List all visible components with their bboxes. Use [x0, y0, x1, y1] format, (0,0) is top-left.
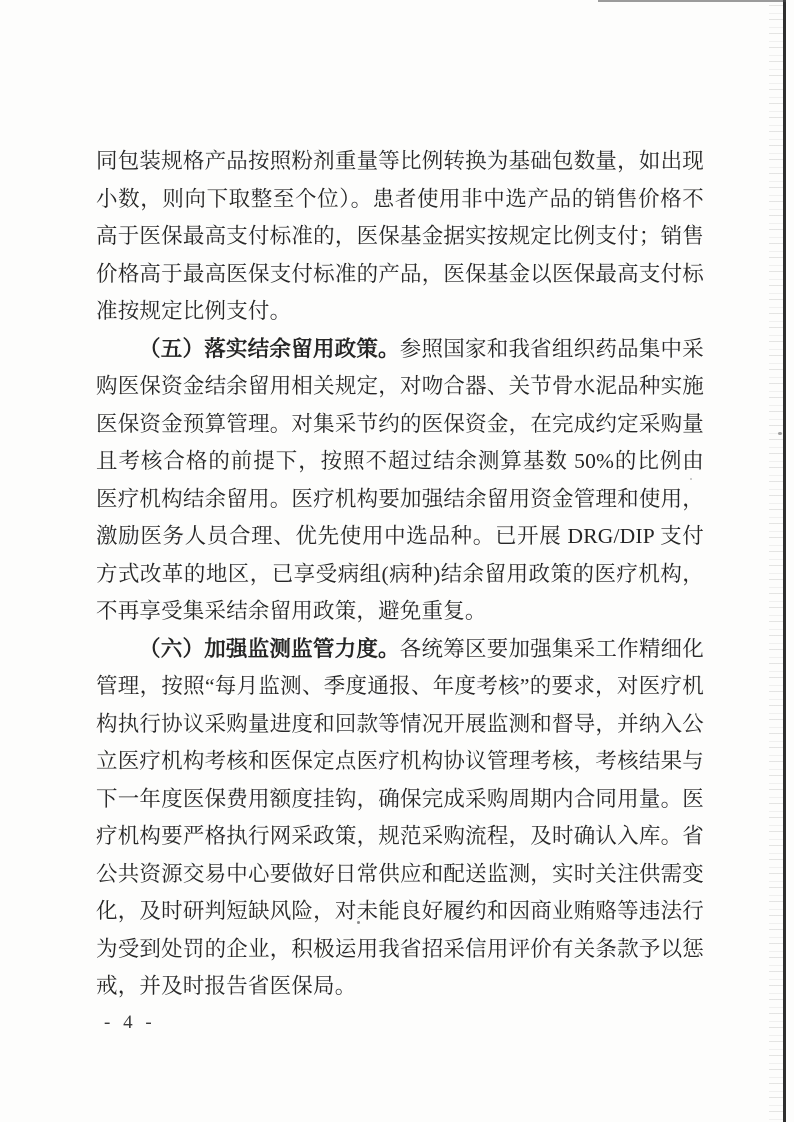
scan-edge-line-top [598, 0, 786, 2]
paragraph-lead: （五）落实结余留用政策。 [139, 337, 400, 361]
document-page: 同包装规格产品按照粉剂重量等比例转换为基础包数量，如出现小数，则向下取整至个位）… [0, 0, 794, 1122]
scan-noise-strip [769, 0, 783, 1122]
paragraph: （五）落实结余留用政策。参照国家和我省组织药品集中采购医保资金结余留用相关规定，… [96, 331, 704, 631]
scan-noise-speck [357, 921, 360, 924]
paragraph: 同包装规格产品按照粉剂重量等比例转换为基础包数量，如出现小数，则向下取整至个位）… [96, 143, 704, 331]
paragraph-lead: （六）加强监测监管力度。 [139, 637, 400, 661]
document-body: 同包装规格产品按照粉剂重量等比例转换为基础包数量，如出现小数，则向下取整至个位）… [96, 143, 704, 1006]
paragraph-text: 同包装规格产品按照粉剂重量等比例转换为基础包数量，如出现小数，则向下取整至个位）… [96, 149, 704, 323]
paragraph-text: 各统筹区要加强集采工作精细化管理，按照“每月监测、季度通报、年度考核”的要求，对… [96, 637, 704, 999]
scan-edge-line-right [783, 0, 786, 1122]
scan-noise-speck [778, 432, 782, 435]
paragraph-text: 参照国家和我省组织药品集中采购医保资金结余留用相关规定，对吻合器、关节骨水泥品种… [96, 337, 704, 624]
scan-noise-speck [690, 478, 692, 480]
paragraph: （六）加强监测监管力度。各统筹区要加强集采工作精细化管理，按照“每月监测、季度通… [96, 631, 704, 1006]
page-number: - 4 - [104, 1012, 156, 1034]
